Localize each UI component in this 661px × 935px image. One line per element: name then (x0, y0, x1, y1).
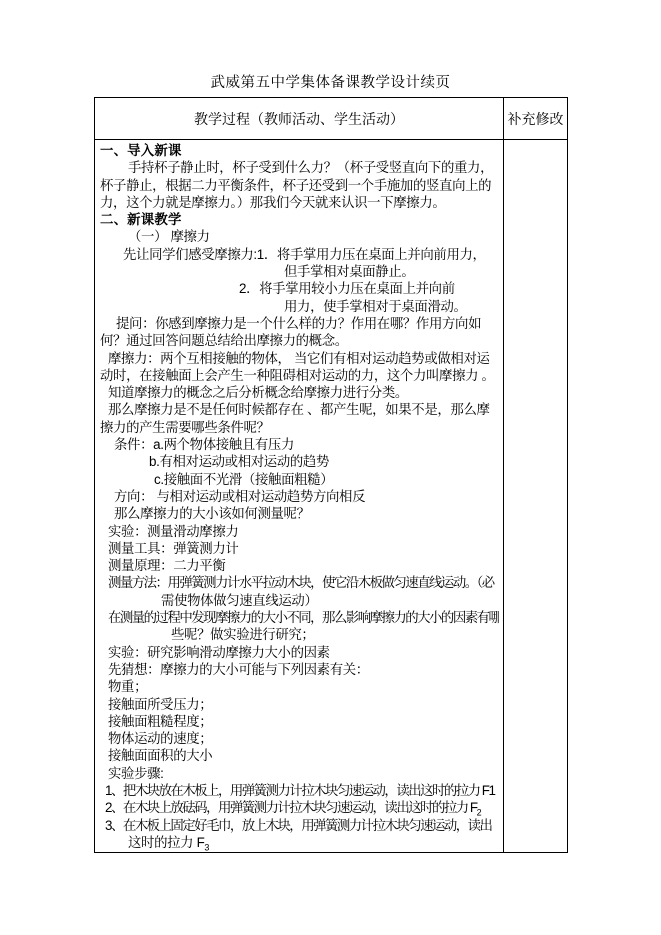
text-line: 摩擦力：两个互相接触的物体， 当它们有相对运动趋势或做相对运 (108, 350, 499, 367)
text-line: 条件：a.两个物体接触且有压力 (114, 436, 499, 453)
supplement-notes-cell (504, 140, 567, 852)
text-line: 需使物体做匀速直线运动） (161, 592, 499, 609)
text-line: 物重； (108, 678, 499, 695)
experiment-step-2: 2、在木块上放砝码，用弹簧测力计拉木块匀速运动，读出这时的拉力 F2 (105, 799, 499, 816)
text-line: 方向： 与相对运动或相对运动趋势方向相反 (114, 488, 499, 505)
lesson-plan-table: 教学过程（教师活动、学生活动） 补充修改 一、导入新课 手持杯子静止时，杯子受到… (94, 97, 568, 853)
text-line: 那么摩擦力的大小该如何测量呢？ (114, 505, 499, 522)
teaching-process-cell: 一、导入新课 手持杯子静止时，杯子受到什么力？（杯子受竖直向下的重力， 杯子静止… (95, 140, 504, 852)
text-line: 提问：你感到摩擦力是一个什么样的力？作用在哪？作用方向如 (116, 315, 499, 332)
text-line: 测量方法：用弹簧测力计水平拉动木块，使它沿木板做匀速直线运动。（必 (108, 574, 499, 591)
column-header-supplement: 补充修改 (504, 98, 567, 140)
experiment-step-3: 3、在木板上固定好毛巾，放上木块，用弹簧测力计拉木块匀速运动，读出 (105, 817, 499, 834)
text-line: 知道摩擦力的概念之后分析概念给摩擦力进行分类。 (108, 384, 499, 401)
section-heading-intro: 一、导入新课 (100, 142, 499, 159)
text-line: 那么摩擦力是不是任何时候都存在 、都产生呢，如果不是，那么摩 (108, 401, 499, 418)
text-line: 杯子静止，根据二力平衡条件，杯子还受到一个手施加的竖直向上的 (100, 177, 499, 194)
experiment-step-1: 1、把木块放在木板上，用弹簧测力计拉木块匀速运动，读出这时的拉力 F1 (105, 782, 499, 799)
text-line: 动时，在接触面上会产生一种阻碍相对运动的力，这个力叫摩擦力 。 (100, 367, 499, 384)
text-line: 接触面面积的大小 (108, 747, 499, 764)
text-line: 在测量的过程中发现摩擦力的大小不同，那么影响摩擦力的大小的因素有哪 (108, 609, 499, 626)
text-line: 实验步骤: (108, 765, 499, 782)
column-header-teaching-process: 教学过程（教师活动、学生活动） (95, 98, 504, 140)
text-line: 接触面粗糙程度； (108, 713, 499, 730)
text-line: 测量原理：二力平衡 (108, 557, 499, 574)
text-line: 测量工具：弹簧测力计 (108, 540, 499, 557)
section-heading-new-lesson: 二、新课教学 (100, 211, 499, 228)
text-line: 些呢？做实验进行研究； (171, 626, 499, 643)
text-line: 2．将手掌用较小力压在桌面上并向前 (239, 280, 499, 297)
text-line: 但手掌相对桌面静止。 (284, 263, 499, 280)
page-title: 武威第五中学集体备课教学设计续页 (0, 71, 661, 92)
text-line: 力，这个力就是摩擦力。）那我们今天就来认识一下摩擦力。 (100, 194, 499, 211)
text-line: 接触面所受压力； (108, 696, 499, 713)
text-line: 实验：测量滑动摩擦力 (108, 523, 499, 540)
text-line: 擦力的产生需要哪些条件呢？ (100, 419, 499, 436)
text-line: 物体运动的速度； (108, 730, 499, 747)
text-line: c.接触面不光滑（接触面粗糙） (154, 471, 499, 488)
text-line: 先让同学们感受摩擦力:1．将手掌用力压在桌面上并向前用力， (123, 246, 499, 263)
text-line: b.有相对运动或相对运动的趋势 (149, 453, 499, 470)
text-line: 先猜想：摩擦力的大小可能与下列因素有关： (108, 661, 499, 678)
text-line: 用力，使手掌相对于桌面滑动。 (284, 298, 499, 315)
subsection-heading-friction: （一） 摩擦力 (128, 228, 499, 245)
text-line: 何？通过回答问题总结给出摩擦力的概念。 (100, 332, 499, 349)
text-line: 这时的拉力 F3 (128, 834, 499, 851)
text-line: 手持杯子静止时，杯子受到什么力？（杯子受竖直向下的重力， (128, 159, 499, 176)
text-line: 实验：研究影响滑动摩擦力大小的因素 (108, 644, 499, 661)
